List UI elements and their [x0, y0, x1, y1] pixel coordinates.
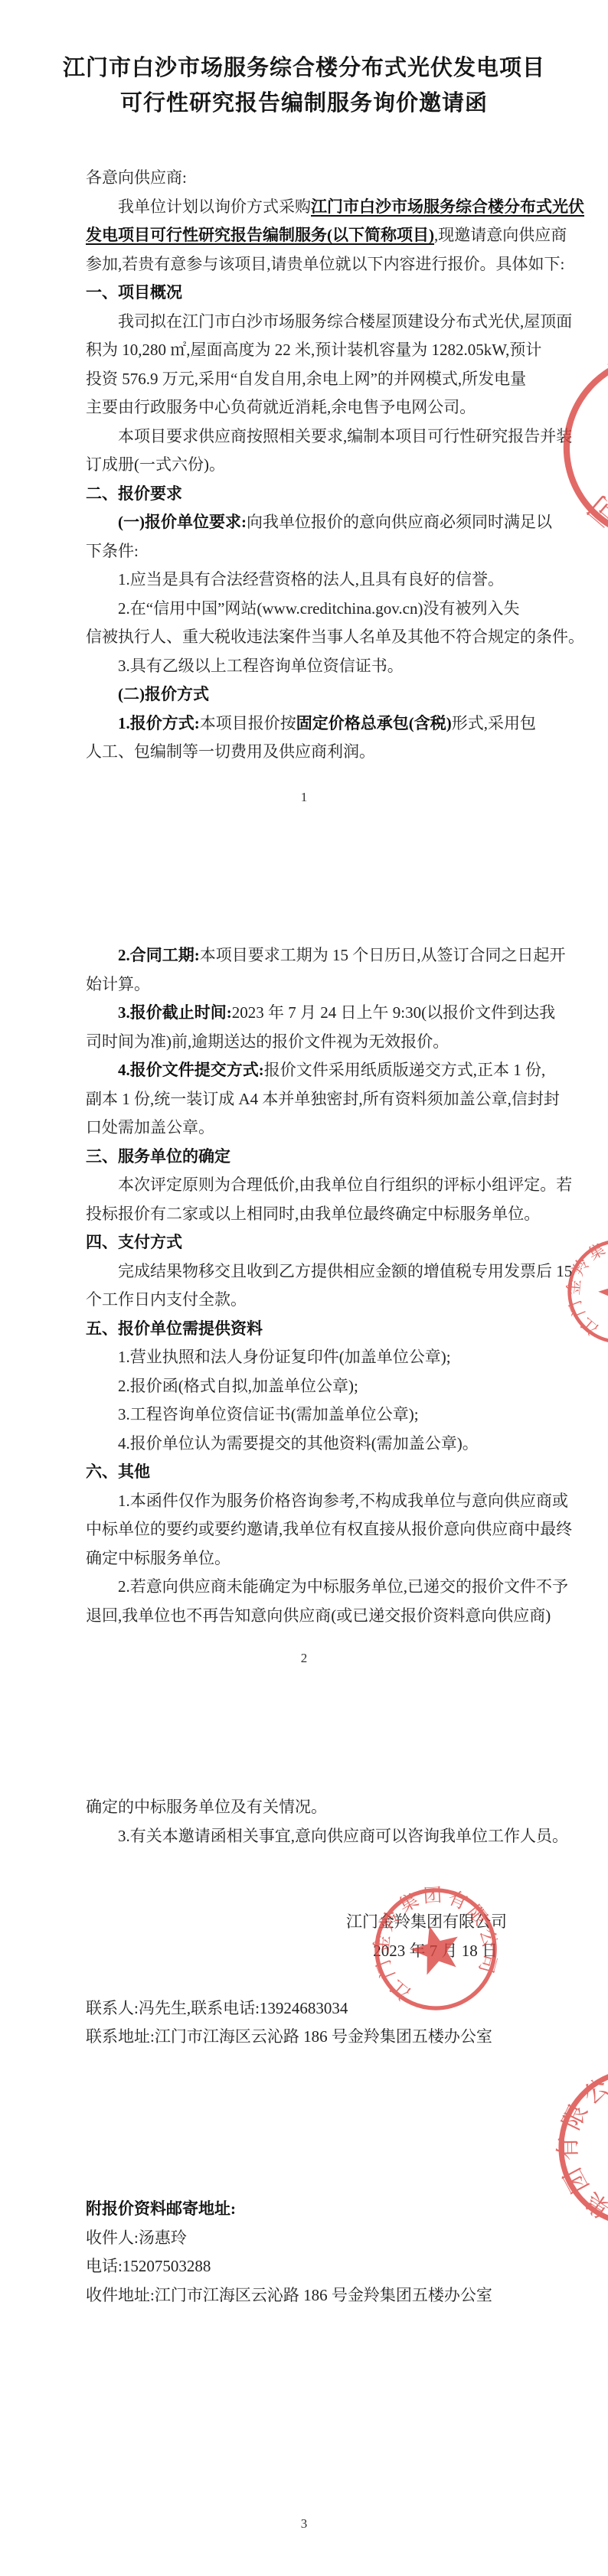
text-line: 我司拟在江门市白沙市场服务综合楼屋顶建设分布式光伏,屋顶面: [86, 308, 559, 337]
text-segment: 订成册(一式六份)。: [86, 455, 225, 474]
text-segment: 各意向供应商:: [86, 168, 187, 187]
page-number-2: 2: [0, 1651, 608, 1666]
text-segment: 电话:15207503288: [86, 2257, 211, 2275]
text-line: 退回,我单位也不再告知意向供应商(或已递交报价资料意向供应商): [86, 1602, 559, 1631]
text-segment: 3.工程咨询单位资信证书(需加盖单位公章);: [118, 1405, 419, 1423]
text-segment: 完成结果物移交且收到乙方提供相应金额的增值税专用发票后 15: [118, 1262, 572, 1280]
text-line: 投标报价有二家或以上相同时,由我单位最终确定中标服务单位。: [86, 1200, 559, 1229]
text-segment: 3.有关本邀请函相关事宜,意向供应商可以咨询我单位工作人员。: [118, 1827, 568, 1845]
page-2-body: 2.合同工期:本项目要求工期为 15 个日历日,从签订合同之日起开始计算。3.报…: [0, 941, 608, 1630]
text-segment: 信被执行人、重大税收违法案件当事人名单及其他不符合规定的条件。: [86, 628, 584, 646]
text-line: 信被执行人、重大税收违法案件当事人名单及其他不符合规定的条件。: [86, 623, 559, 652]
text-line: 始计算。: [86, 970, 559, 999]
text-line: 4.报价单位认为需要提交的其他资料(需加盖公章)。: [86, 1430, 559, 1459]
text-line: 确定中标服务单位。: [86, 1544, 559, 1573]
text-line: 1.应当是具有合法经营资格的法人,且具有良好的信誉。: [86, 566, 559, 595]
text-segment: 向我单位报价的意向供应商必须同时满足以: [247, 513, 552, 531]
page-number-3: 3: [0, 2516, 608, 2532]
text-line: 3.有关本邀请函相关事宜,意向供应商可以咨询我单位工作人员。: [86, 1822, 559, 1851]
text-segment: (一)报价单位要求:: [118, 513, 247, 531]
text-segment: 1.营业执照和法人身份证复印件(加盖单位公章);: [118, 1348, 451, 1366]
text-segment: 4.报价文件提交方式:: [118, 1061, 264, 1079]
text-segment: 下条件:: [86, 542, 139, 560]
page-1: 江门市白沙市场服务综合楼分布式光伏发电项目 可行性研究报告编制服务询价邀请函 各…: [0, 0, 608, 861]
blank-line: [86, 1965, 559, 1994]
text-segment: 联系人:冯先生,联系电话:13924683034: [86, 1999, 348, 2017]
document-title: 江门市白沙市场服务综合楼分布式光伏发电项目 可行性研究报告编制服务询价邀请函: [0, 51, 608, 121]
text-segment: 二、报价要求: [86, 484, 182, 503]
text-segment: 司时间为准)前,逾期送达的报价文件视为无效报价。: [86, 1032, 449, 1051]
text-line: 四、支付方式: [86, 1228, 559, 1257]
scanned-document: 江门市白沙市场服务综合楼分布式光伏发电项目 可行性研究报告编制服务询价邀请函 各…: [0, 0, 608, 2576]
text-segment: 2023 年 7 月 18 日: [373, 1942, 498, 1960]
text-line: 积为 10,280 ㎡,屋面高度为 22 米,预计装机容量为 1282.05kW…: [86, 336, 559, 365]
text-line: 二、报价要求: [86, 480, 559, 509]
text-line: 1.报价方式:本项目报价按固定价格总承包(含税)形式,采用包: [86, 709, 559, 739]
page-3: 确定的中标服务单位及有关情况。3.有关本邀请函相关事宜,意向供应商可以咨询我单位…: [0, 1722, 608, 2576]
text-segment: ,现邀请意向供应商: [434, 226, 567, 244]
text-segment: 个工作日内支付全款。: [86, 1290, 247, 1309]
text-segment: 1.报价方式:: [118, 714, 200, 732]
text-line: 发电项目可行性研究报告编制服务(以下简称项目),现邀请意向供应商: [86, 221, 559, 250]
text-segment: 确定的中标服务单位及有关情况。: [86, 1798, 327, 1816]
company-signature-line: 江门金羚集团有限公司: [86, 1908, 507, 1937]
text-segment: 江门金羚集团有限公司: [346, 1912, 507, 1931]
text-line: 三、服务单位的确定: [86, 1143, 559, 1172]
text-line: 我单位计划以询价方式采购江门市白沙市场服务综合楼分布式光伏: [86, 193, 559, 222]
blank-line: [86, 2052, 559, 2081]
text-segment: 口处需加盖公章。: [86, 1118, 214, 1136]
text-segment: 退回,我单位也不再告知意向供应商(或已递交报价资料意向供应商): [86, 1606, 551, 1625]
text-line: 4.报价文件提交方式:报价文件采用纸质版递交方式,正本 1 份,: [86, 1056, 559, 1085]
text-segment: 江门市白沙市场服务综合楼分布式光伏: [311, 197, 584, 216]
text-line: 2.报价函(格式自拟,加盖单位公章);: [86, 1372, 559, 1401]
text-line: 1.营业执照和法人身份证复印件(加盖单位公章);: [86, 1343, 559, 1372]
blank-line: [86, 1880, 559, 1909]
text-line: (二)报价方式: [86, 680, 559, 709]
text-line: 2.在“信用中国”网站(www.creditchina.gov.cn)没有被列入…: [86, 595, 559, 624]
text-line: 3.具有乙级以上工程咨询单位资信证书。: [86, 652, 559, 681]
text-segment: (二)报价方式: [118, 685, 209, 703]
text-segment: 本次评定原则为合理低价,由我单位自行组织的评标小组评定。若: [118, 1176, 572, 1194]
text-segment: 五、报价单位需提供资料: [86, 1319, 263, 1338]
text-line: (一)报价单位要求:向我单位报价的意向供应商必须同时满足以: [86, 508, 559, 537]
recipient-address-line: 收件地址:江门市江海区云沁路 186 号金羚集团五楼办公室: [86, 2281, 559, 2310]
text-segment: 参加,若贵有意参与该项目,请贵单位就以下内容进行报价。具体如下:: [86, 255, 564, 273]
text-segment: 我司拟在江门市白沙市场服务综合楼屋顶建设分布式光伏,屋顶面: [118, 312, 572, 331]
text-line: 完成结果物移交且收到乙方提供相应金额的增值税专用发票后 15: [86, 1257, 559, 1286]
page-3-body: 确定的中标服务单位及有关情况。3.有关本邀请函相关事宜,意向供应商可以咨询我单位…: [0, 1793, 608, 2310]
text-segment: 人工、包编制等一切费用及供应商利润。: [86, 742, 375, 761]
contact-address-line: 联系地址:江门市江海区云沁路 186 号金羚集团五楼办公室: [86, 2023, 559, 2052]
text-line: 各意向供应商:: [86, 164, 559, 193]
blank-line: [86, 2109, 559, 2138]
text-segment: 投资 576.9 万元,采用“自发自用,余电上网”的并网模式,所发电量: [86, 370, 526, 388]
blank-line: [86, 2080, 559, 2109]
text-segment: 2.在“信用中国”网站(www.creditchina.gov.cn)没有被列入…: [118, 599, 520, 618]
text-segment: 我单位计划以询价方式采购: [118, 197, 311, 216]
text-line: 投资 576.9 万元,采用“自发自用,余电上网”的并网模式,所发电量: [86, 365, 559, 394]
text-line: 主要由行政服务中心负荷就近消耗,余电售予电网公司。: [86, 393, 559, 422]
title-line-1: 江门市白沙市场服务综合楼分布式光伏发电项目: [0, 51, 608, 86]
text-line: 2.合同工期:本项目要求工期为 15 个日历日,从签订合同之日起开: [86, 941, 559, 970]
text-segment: 中标单位的要约或要约邀请,我单位有权直接从报价意向供应商中最终: [86, 1520, 572, 1538]
text-line: 确定的中标服务单位及有关情况。: [86, 1793, 559, 1822]
text-line: 3.报价截止时间:2023 年 7 月 24 日上午 9:30(以报价文件到达我: [86, 999, 559, 1028]
title-line-2: 可行性研究报告编制服务询价邀请函: [0, 86, 608, 121]
text-line: 司时间为准)前,逾期送达的报价文件视为无效报价。: [86, 1028, 559, 1057]
text-line: 口处需加盖公章。: [86, 1114, 559, 1143]
text-line: 本项目要求供应商按照相关要求,编制本项目可行性研究报告并装: [86, 422, 559, 452]
text-segment: 联系地址:江门市江海区云沁路 186 号金羚集团五楼办公室: [86, 2027, 492, 2046]
page-number-1: 1: [0, 790, 608, 805]
text-line: 副本 1 份,统一装订成 A4 本并单独密封,所有资料须加盖公章,信封封: [86, 1085, 559, 1114]
text-line: 人工、包编制等一切费用及供应商利润。: [86, 738, 559, 767]
text-segment: 2.报价函(格式自拟,加盖单位公章);: [118, 1377, 358, 1395]
text-segment: 1.应当是具有合法经营资格的法人,且具有良好的信誉。: [118, 570, 504, 589]
text-segment: 发电项目可行性研究报告编制服务(以下简称项目): [86, 226, 434, 244]
text-line: 订成册(一式六份)。: [86, 451, 559, 480]
text-segment: 本项目要求工期为 15 个日历日,从签订合同之日起开: [200, 946, 566, 964]
text-segment: 形式,采用包: [452, 714, 536, 732]
blank-line: [86, 2167, 559, 2196]
text-segment: 投标报价有二家或以上相同时,由我单位最终确定中标服务单位。: [86, 1205, 540, 1223]
blank-line: [86, 1850, 559, 1880]
blank-line: [86, 2137, 559, 2167]
text-segment: 六、其他: [86, 1462, 150, 1481]
recipient-line: 收件人:汤惠玲: [86, 2224, 559, 2253]
text-line: 1.本函件仅作为服务价格咨询参考,不构成我单位与意向供应商或: [86, 1487, 559, 1516]
text-line: 五、报价单位需提供资料: [86, 1315, 559, 1344]
text-line: 个工作日内支付全款。: [86, 1286, 559, 1315]
text-segment: 2023 年 7 月 24 日上午 9:30(以报价文件到达我: [232, 1003, 555, 1022]
text-segment: 收件地址:江门市江海区云沁路 186 号金羚集团五楼办公室: [86, 2286, 492, 2304]
page-1-body: 各意向供应商:我单位计划以询价方式采购江门市白沙市场服务综合楼分布式光伏发电项目…: [0, 164, 608, 767]
text-segment: 始计算。: [86, 975, 150, 993]
text-segment: 三、服务单位的确定: [86, 1147, 230, 1166]
text-segment: 附报价资料邮寄地址:: [86, 2199, 236, 2218]
text-segment: 报价文件采用纸质版递交方式,正本 1 份,: [264, 1061, 546, 1079]
text-line: 六、其他: [86, 1458, 559, 1487]
recipient-phone-line: 电话:15207503288: [86, 2252, 559, 2281]
text-segment: 副本 1 份,统一装订成 A4 本并单独密封,所有资料须加盖公章,信封封: [86, 1090, 560, 1108]
signature-date-line: 2023 年 7 月 18 日: [86, 1937, 498, 1966]
text-segment: 收件人:汤惠玲: [86, 2229, 187, 2247]
page-2: 2.合同工期:本项目要求工期为 15 个日历日,从签订合同之日起开始计算。3.报…: [0, 861, 608, 1722]
text-line: 一、项目概况: [86, 279, 559, 308]
text-segment: 确定中标服务单位。: [86, 1549, 230, 1567]
text-segment: 本项目报价按: [200, 714, 296, 732]
text-segment: 本项目要求供应商按照相关要求,编制本项目可行性研究报告并装: [118, 427, 572, 445]
text-segment: 2.合同工期:: [118, 946, 200, 964]
text-line: 3.工程咨询单位资信证书(需加盖单位公章);: [86, 1400, 559, 1430]
text-segment: 2.若意向供应商未能确定为中标服务单位,已递交的报价文件不予: [118, 1577, 568, 1596]
text-segment: 一、项目概况: [86, 283, 182, 302]
text-segment: 3.具有乙级以上工程咨询单位资信证书。: [118, 657, 404, 675]
text-segment: 固定价格总承包(含税): [296, 714, 452, 732]
text-segment: 主要由行政服务中心负荷就近消耗,余电售予电网公司。: [86, 398, 476, 416]
text-line: 2.若意向供应商未能确定为中标服务单位,已递交的报价文件不予: [86, 1573, 559, 1602]
text-line: 下条件:: [86, 537, 559, 566]
mailing-header-line: 附报价资料邮寄地址:: [86, 2195, 559, 2224]
text-segment: 1.本函件仅作为服务价格咨询参考,不构成我单位与意向供应商或: [118, 1492, 568, 1510]
text-line: 参加,若贵有意参与该项目,请贵单位就以下内容进行报价。具体如下:: [86, 250, 559, 279]
text-line: 本次评定原则为合理低价,由我单位自行组织的评标小组评定。若: [86, 1171, 559, 1200]
text-segment: 积为 10,280 ㎡,屋面高度为 22 米,预计装机容量为 1282.05kW…: [86, 341, 541, 359]
text-line: 中标单位的要约或要约邀请,我单位有权直接从报价意向供应商中最终: [86, 1515, 559, 1544]
text-segment: 4.报价单位认为需要提交的其他资料(需加盖公章)。: [118, 1434, 479, 1453]
text-segment: 3.报价截止时间:: [118, 1003, 232, 1022]
contact-person-line: 联系人:冯先生,联系电话:13924683034: [86, 1994, 559, 2023]
text-segment: 四、支付方式: [86, 1233, 182, 1251]
